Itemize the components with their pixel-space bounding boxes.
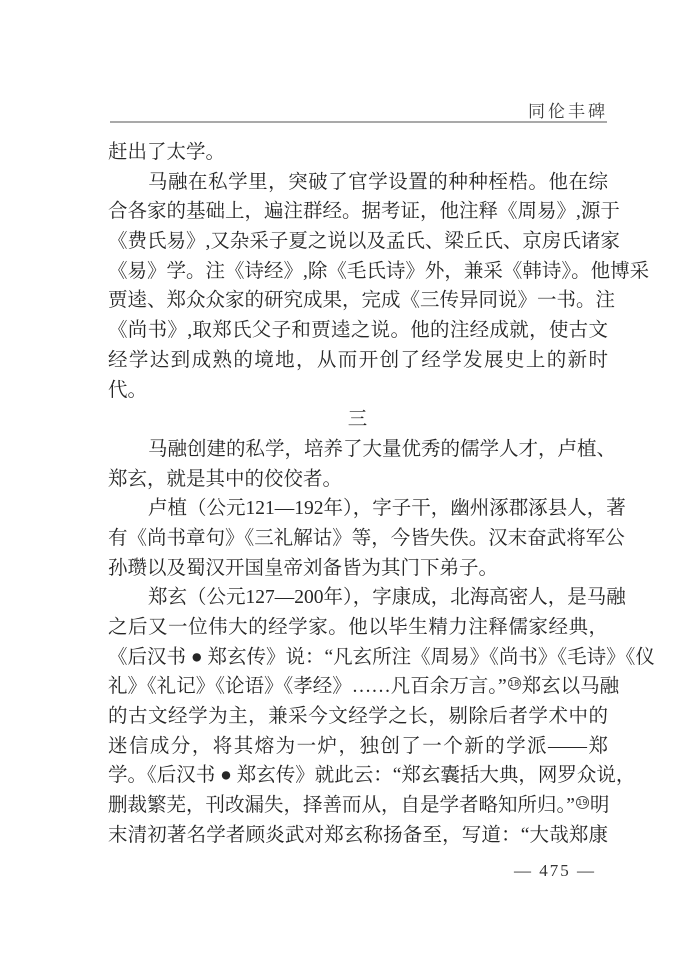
text-line: 贾逵、郑众众家的研究成果，完成《三传异同说》一书。注 [108,286,608,316]
running-header: 同伦丰碑 [528,97,608,122]
footnote-ref-19: 19 [576,796,589,809]
text-segment: 礼》《礼记》《论语》《孝经》……凡百余万言。” [108,676,507,697]
text-line: 合各家的基础上，遍注群经。据考证，他注释《周易》,源于 [108,197,608,227]
text-line: 孙瓒以及蜀汉开国皇帝刘备皆为其门下弟子。 [108,554,608,584]
text-line: 《费氏易》,又杂采子夏之说以及孟氏、梁丘氏、京房氏诸家 [108,227,608,257]
text-line: 之后又一位伟大的经学家。他以毕生精力注释儒家经典， [108,613,608,643]
text-line: 末清初著名学者顾炎武对郑玄称扬备至，写道：“大哉郑康 [108,821,608,851]
header-rule [110,121,607,123]
text-line: 郑玄（公元127—200年），字康成，北海高密人，是马融 [108,583,608,613]
text-line: 马融创建的私学，培养了大量优秀的儒学人才，卢植、 [108,435,608,465]
text-line: 《尚书》,取郑氏父子和贾逵之说。他的注经成就，使古文 [108,316,608,346]
text-line: 删裁繁芜，刊改漏失，择善而从，自是学者略知所归。”19明 [108,791,608,821]
text-line: 学。《后汉书 ● 郑玄传》就此云：“郑玄囊括大典，网罗众说， [108,761,608,791]
text-line: 马融在私学里，突破了官学设置的种种桎梏。他在综 [108,168,608,198]
text-line: 经学达到成熟的境地，从而开创了经学发展史上的新时 [108,346,608,376]
text-line: 礼》《礼记》《论语》《孝经》……凡百余万言。”18郑玄以马融 [108,672,608,702]
text-line: 《易》学。注《诗经》,除《毛氏诗》外，兼采《韩诗》。他博采 [108,257,608,287]
page-number: — 475 — [514,861,596,881]
text-line: 的古文经学为主，兼采今文经学之长，剔除后者学术中的 [108,702,608,732]
text-line: 郑玄，就是其中的佼佼者。 [108,465,608,495]
section-heading: 三 [108,405,608,435]
text-line: 赶出了太学。 [108,138,608,168]
text-line: 卢植（公元121—192年），字子干，幽州涿郡涿县人，著 [108,494,608,524]
text-segment: 郑玄以马融 [522,676,620,697]
text-line: 代。 [108,376,608,406]
body-text: 赶出了太学。 马融在私学里，突破了官学设置的种种桎梏。他在综 合各家的基础上，遍… [108,138,608,851]
text-line: 《后汉书 ● 郑玄传》说：“凡玄所注《周易》《尚书》《毛诗》《仪 [108,643,608,673]
text-segment: 明 [590,795,610,816]
text-line: 有《尚书章句》《三礼解诂》等，今皆失佚。汉末奋武将军公 [108,524,608,554]
footnote-ref-18: 18 [508,677,521,690]
text-line: 迷信成分，将其熔为一炉，独创了一个新的学派——郑 [108,732,608,762]
text-segment: 删裁繁芜，刊改漏失，择善而从，自是学者略知所归。” [108,795,575,816]
book-page: 同伦丰碑 赶出了太学。 马融在私学里，突破了官学设置的种种桎梏。他在综 合各家的… [0,0,692,968]
